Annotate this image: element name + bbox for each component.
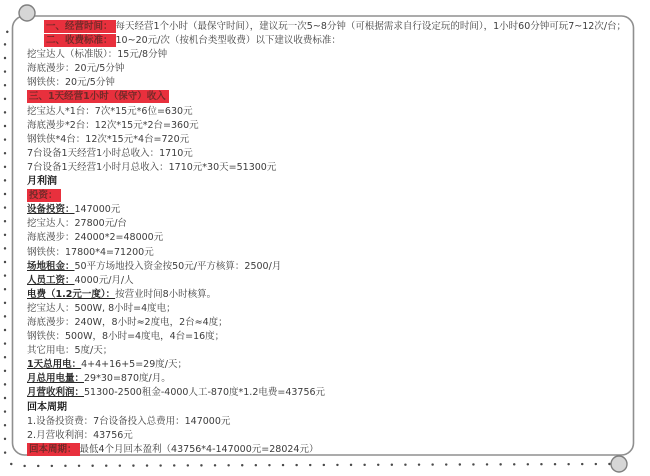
underlined-label: 1天总用电： xyxy=(27,359,81,370)
line-text: 挖宝达人（标准版）：15元/8分钟 xyxy=(27,49,167,60)
line-text: 1.设备投资费：7台设备投入总费用：147000元 xyxy=(27,416,230,427)
doc-line: 其它用电：5度/天； xyxy=(27,344,628,358)
doc-line: 月利润 xyxy=(27,175,628,189)
line-text: 挖宝达人*1台：7次*15元*6位=630元 xyxy=(27,106,193,117)
doc-line: 挖宝达人：500W, 8小时=4度电； xyxy=(27,302,628,316)
line-text: 挖宝达人：500W, 8小时=4度电； xyxy=(27,303,176,314)
doc-line: 月营收利润：51300-2500租金-4000人工-870度*1.2电费=437… xyxy=(27,386,628,400)
red-highlight-label: 投资： xyxy=(27,189,61,202)
line-text: 海底漫步*2台：12次*15元*2台=360元 xyxy=(27,120,199,131)
doc-line: 一、经营时间：每天经营1个小时（最保守时间），建议玩一次5~8分钟（可根据需求自… xyxy=(27,20,628,34)
document-body: 一、经营时间：每天经营1个小时（最保守时间），建议玩一次5~8分钟（可根据需求自… xyxy=(27,20,628,456)
line-text: 7台设备1天经营1小时月总收入：1710元*30天=51300元 xyxy=(27,162,276,173)
doc-line: 挖宝达人*1台：7次*15元*6位=630元 xyxy=(27,105,628,119)
line-text: 海底漫步：24000*2=48000元 xyxy=(27,232,163,243)
red-highlight-label: 三、1天经营1小时（保守）收入 xyxy=(27,90,169,103)
line-text: 最低4个月回本盈利（43756*4-147000元=28024元） xyxy=(80,444,319,455)
doc-line: 钢铁侠：500W，8小时=4度电，4台=16度； xyxy=(27,330,628,344)
doc-line: 海底漫步：24000*2=48000元 xyxy=(27,231,628,245)
doc-line: 2.月营收利润：43756元 xyxy=(27,429,628,443)
line-text: 50平方场地投入资金按50元/平方核算：2500/月 xyxy=(75,261,282,272)
doc-line: 钢铁侠：20元/5分钟 xyxy=(27,76,628,90)
line-text: 2.月营收利润：43756元 xyxy=(27,430,133,441)
underlined-label: 月总用电量： xyxy=(27,373,84,384)
line-text: 按营业时间8小时核算。 xyxy=(115,289,216,300)
doc-line: 7台设备1天经营1小时总收入：1710元 xyxy=(27,147,628,161)
red-highlight-label: 回本周期： xyxy=(27,443,80,456)
line-text: 4000元/月/人 xyxy=(75,275,134,286)
underlined-label: 人员工资： xyxy=(27,275,75,286)
line-text: 海底漫步：240W，8小时≈2度电，2台≈4度； xyxy=(27,317,228,328)
doc-line: 钢铁侠：17800*4=71200元 xyxy=(27,246,628,260)
red-highlight-label: 二、收费标准： xyxy=(44,34,116,47)
line-text: 其它用电：5度/天； xyxy=(27,345,112,356)
underlined-label: 场地租金： xyxy=(27,261,75,272)
doc-line: 三、1天经营1小时（保守）收入 xyxy=(27,90,628,104)
doc-line: 月总用电量：29*30=870度/月。 xyxy=(27,372,628,386)
line-text: 钢铁侠：17800*4=71200元 xyxy=(27,247,154,258)
line-text: 10~20元/次（按机台类型收费）以下建议收费标准： xyxy=(116,35,341,46)
doc-line: 挖宝达人：27800元/台 xyxy=(27,217,628,231)
doc-line: 1.设备投资费：7台设备投入总费用：147000元 xyxy=(27,415,628,429)
doc-line: 7台设备1天经营1小时月总收入：1710元*30天=51300元 xyxy=(27,161,628,175)
doc-line: 海底漫步：240W，8小时≈2度电，2台≈4度； xyxy=(27,316,628,330)
line-text: 海底漫步：20元/5分钟 xyxy=(27,63,124,74)
doc-line: 海底漫步：20元/5分钟 xyxy=(27,62,628,76)
line-text: 4+4+16+5=29度/天； xyxy=(81,359,187,370)
underlined-label: 设备投资： xyxy=(27,204,75,215)
doc-line: 设备投资：147000元 xyxy=(27,203,628,217)
doc-line: 1天总用电：4+4+16+5=29度/天； xyxy=(27,358,628,372)
line-text: 月利润 xyxy=(27,176,57,187)
line-text: 回本周期 xyxy=(27,402,67,413)
line-text: 7台设备1天经营1小时总收入：1710元 xyxy=(27,148,193,159)
corner-grommet-bottom-right-icon xyxy=(611,456,627,472)
underlined-label: 月营收利润： xyxy=(27,387,84,398)
doc-line: 回本周期：最低4个月回本盈利（43756*4-147000元=28024元） xyxy=(27,443,628,456)
doc-line: 二、收费标准：10~20元/次（按机台类型收费）以下建议收费标准： xyxy=(27,34,628,48)
doc-line: 钢铁侠*4台：12次*15元*4台=720元 xyxy=(27,133,628,147)
line-text: 29*30=870度/月。 xyxy=(84,373,171,384)
corner-grommet-top-left-icon xyxy=(19,5,35,21)
underlined-label: 电费（1.2元一度）： xyxy=(27,289,115,300)
doc-line: 场地租金：50平方场地投入资金按50元/平方核算：2500/月 xyxy=(27,260,628,274)
doc-line: 投资： xyxy=(27,189,628,203)
line-text: 51300-2500租金-4000人工-870度*1.2电费=43756元 xyxy=(84,387,325,398)
doc-line: 挖宝达人（标准版）：15元/8分钟 xyxy=(27,48,628,62)
line-text: 钢铁侠*4台：12次*15元*4台=720元 xyxy=(27,134,189,145)
line-text: 钢铁侠：500W，8小时=4度电，4台=16度； xyxy=(27,331,224,342)
line-text: 钢铁侠：20元/5分钟 xyxy=(27,77,115,88)
doc-line: 电费（1.2元一度）：按营业时间8小时核算。 xyxy=(27,288,628,302)
line-text: 147000元 xyxy=(75,204,121,215)
doc-line: 人员工资：4000元/月/人 xyxy=(27,274,628,288)
doc-line: 回本周期 xyxy=(27,401,628,415)
line-text: 挖宝达人：27800元/台 xyxy=(27,218,127,229)
doc-line: 海底漫步*2台：12次*15元*2台=360元 xyxy=(27,119,628,133)
red-highlight-label: 一、经营时间： xyxy=(44,20,116,33)
line-text: 每天经营1个小时（最保守时间），建议玩一次5~8分钟（可根据需求自行设定玩的时间… xyxy=(116,21,627,32)
